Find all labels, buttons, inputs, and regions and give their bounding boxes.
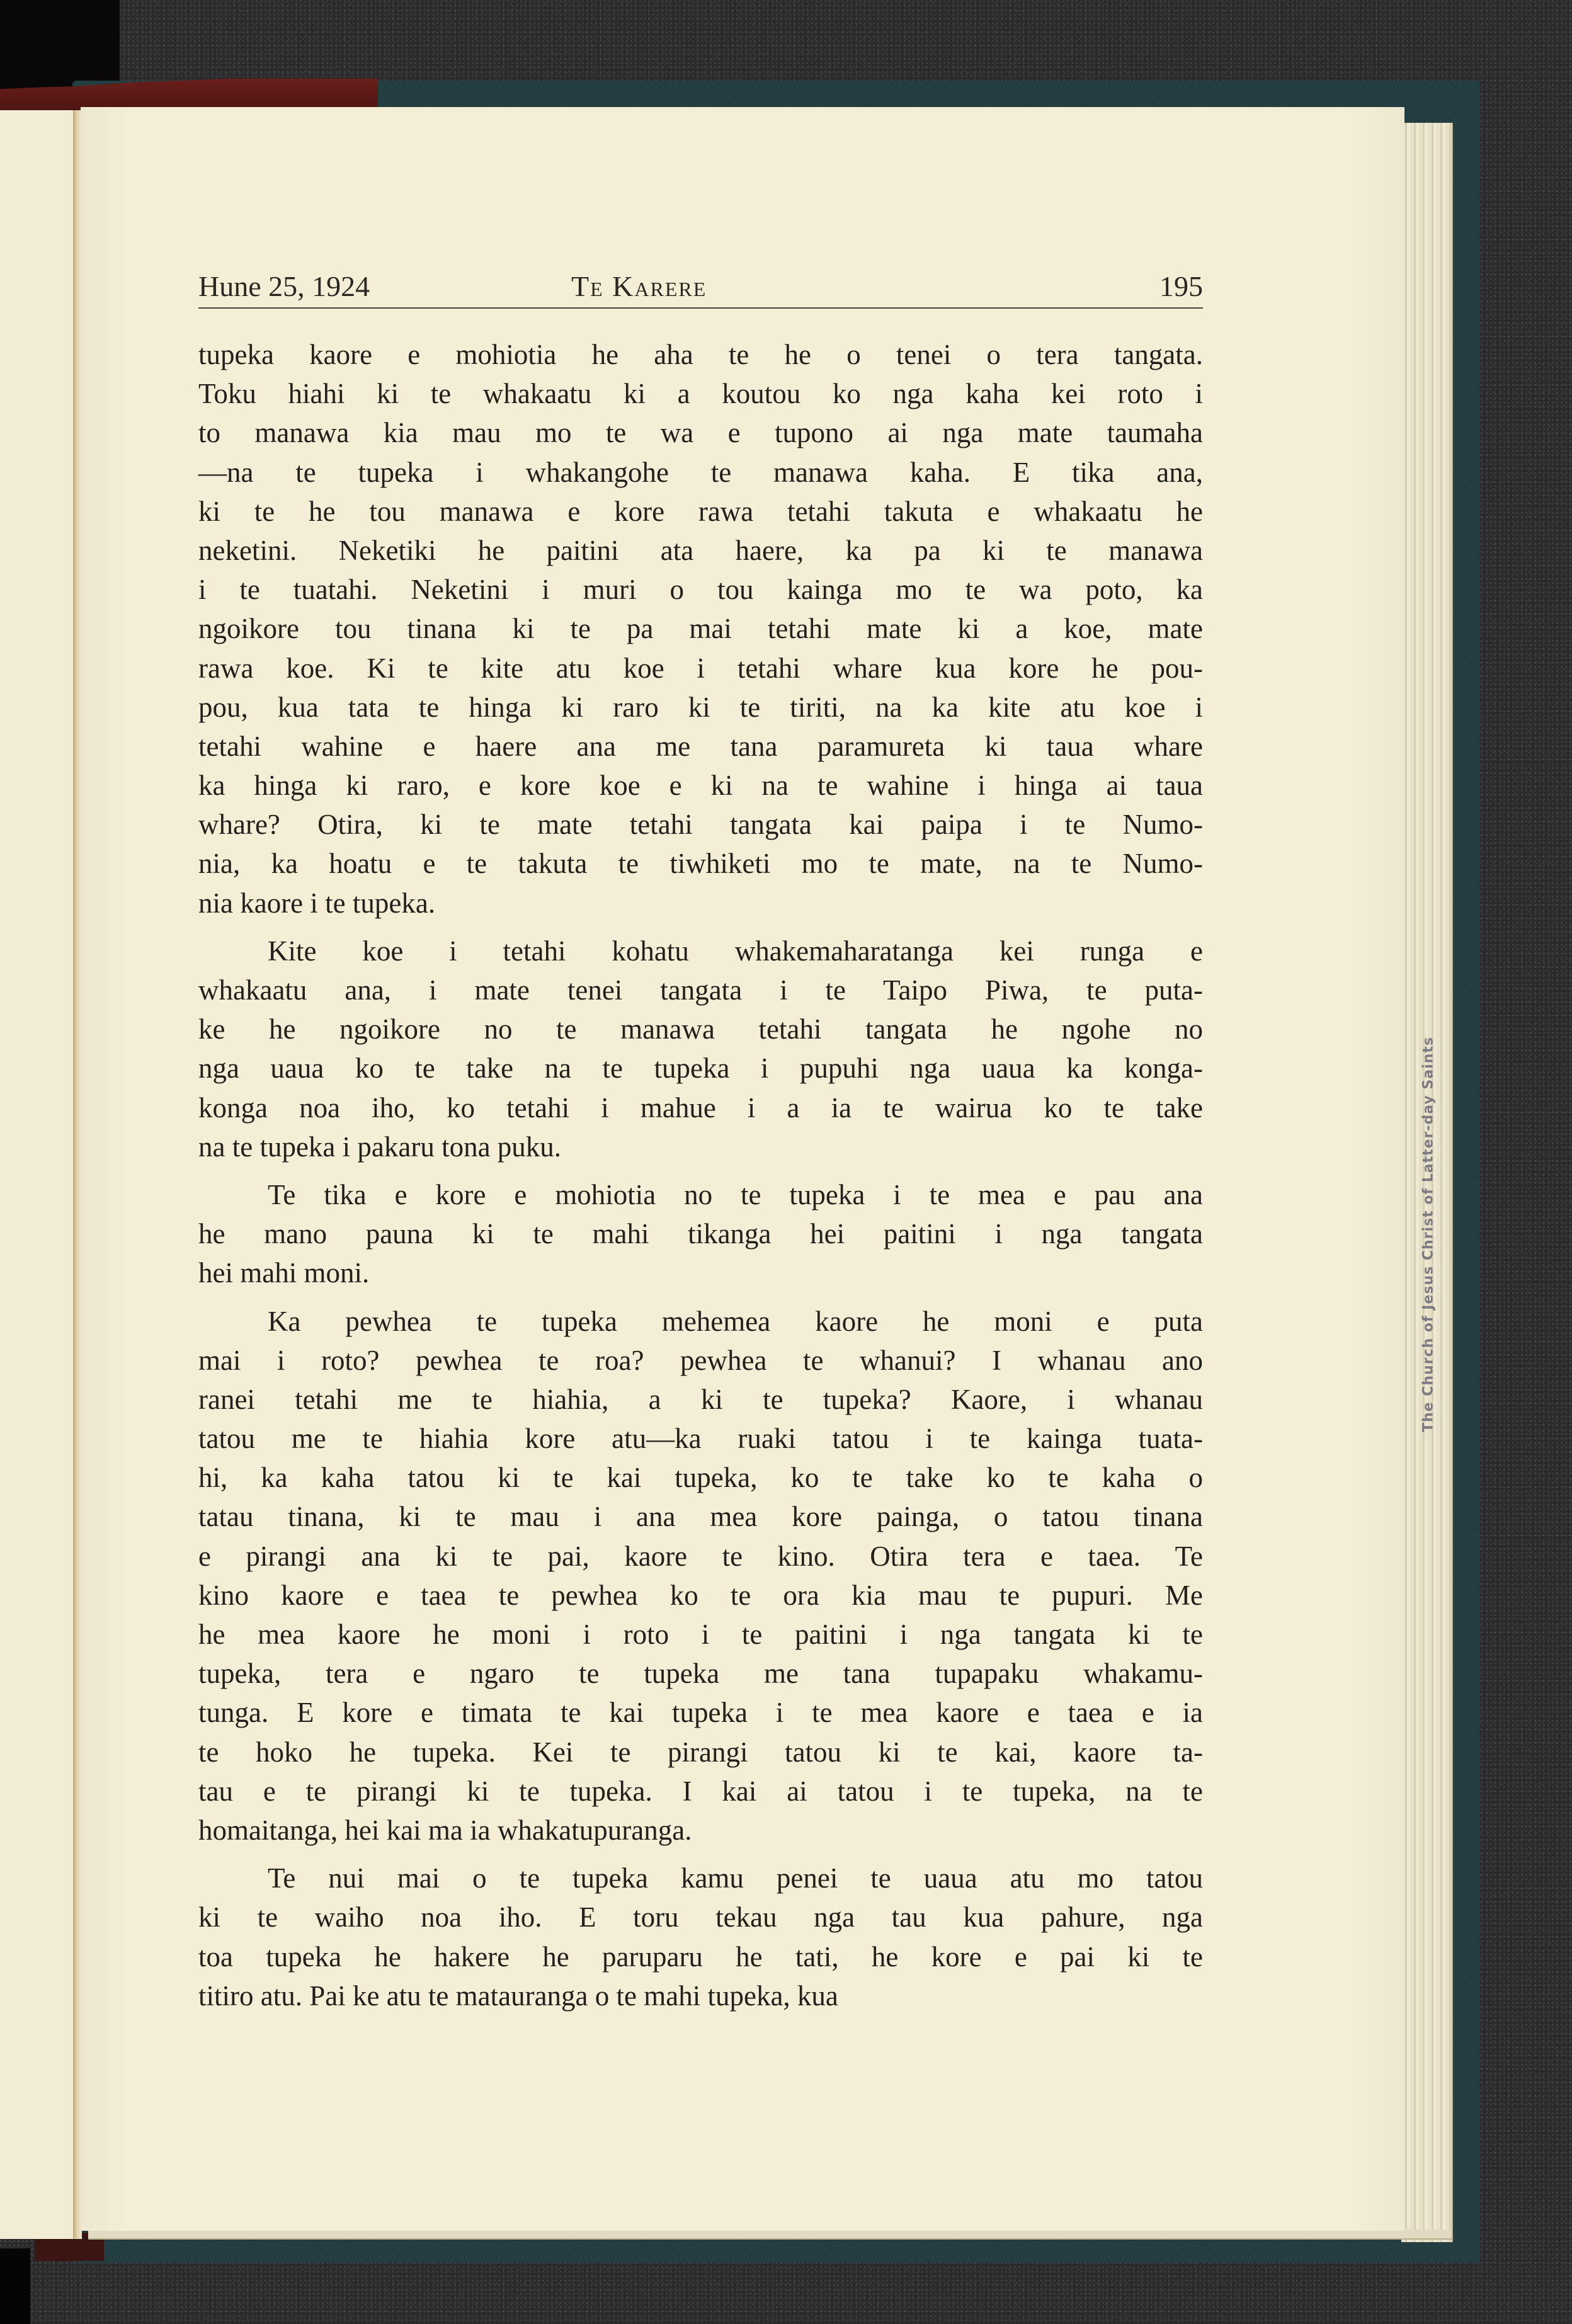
text-line: ranei tetahi me te hiahia, a ki te tupek…: [198, 1380, 1203, 1419]
text-line: to manawa kia mau mo te wa e tupono ai n…: [198, 413, 1203, 452]
text-line: toa tupeka he hakere he paruparu he tati…: [198, 1937, 1203, 1976]
text-line: na te tupeka i pakaru tona puku.: [198, 1127, 1203, 1166]
left-page: [0, 110, 76, 2239]
text-line: nia kaore i te tupeka.: [198, 884, 1203, 923]
text-line: titiro atu. Pai ke atu te matauranga o t…: [198, 1976, 1203, 2015]
text-line: Kite koe i tetahi kohatu whakemaharatang…: [198, 931, 1203, 971]
text-line: whakaatu ana, i mate tenei tangata i te …: [198, 971, 1203, 1010]
paragraph: Te tika e kore e mohiotia no te tupeka i…: [198, 1175, 1203, 1293]
page-bottom-edge: [88, 2230, 1452, 2240]
text-line: Te nui mai o te tupeka kamu penei te uau…: [198, 1859, 1203, 1898]
publication-title: Te Karere: [571, 270, 707, 303]
text-line: whare? Otira, ki te mate tetahi tangata …: [198, 805, 1203, 844]
text-line: ki te he tou manawa e kore rawa tetahi t…: [198, 492, 1203, 531]
text-line: pou, kua tata te hinga ki raro ki te tir…: [198, 688, 1203, 727]
text-line: tupeka, tera e ngaro te tupeka me tana t…: [198, 1654, 1203, 1693]
text-line: mai i roto? pewhea te roa? pewhea te wha…: [198, 1341, 1203, 1380]
background-black-corner-bottom: [0, 2248, 30, 2324]
text-line: hi, ka kaha tatou ki te kai tupeka, ko t…: [198, 1458, 1203, 1497]
text-line: homaitanga, hei kai ma ia whakatupuranga…: [198, 1811, 1203, 1850]
paragraph: Te nui mai o te tupeka kamu penei te uau…: [198, 1859, 1203, 2015]
text-line: Ka pewhea te tupeka mehemea kaore he mon…: [198, 1302, 1203, 1341]
text-line: Toku hiahi ki te whakaatu ki a koutou ko…: [198, 374, 1203, 413]
issue-date: Hune 25, 1924: [198, 270, 370, 303]
text-line: tetahi wahine e haere ana me tana paramu…: [198, 727, 1203, 766]
text-line: hei mahi moni.: [198, 1253, 1203, 1292]
text-line: tatou me te hiahia kore atu—ka ruaki tat…: [198, 1419, 1203, 1458]
text-line: ki te waiho noa iho. E toru tekau nga ta…: [198, 1898, 1203, 1937]
text-line: i te tuatahi. Neketini i muri o tou kain…: [198, 570, 1203, 609]
text-line: tunga. E kore e timata te kai tupeka i t…: [198, 1693, 1203, 1732]
text-line: rawa koe. Ki te kite atu koe i tetahi wh…: [198, 649, 1203, 688]
text-line: konga noa iho, ko tetahi i mahue i a ia …: [198, 1088, 1203, 1127]
page-number: 195: [1159, 270, 1203, 303]
text-line: tau e te pirangi ki te tupeka. I kai ai …: [198, 1772, 1203, 1811]
text-line: te hoko he tupeka. Kei te pirangi tatou …: [198, 1733, 1203, 1772]
text-line: ke he ngoikore no te manawa tetahi tanga…: [198, 1010, 1203, 1049]
text-line: ka hinga ki raro, e kore koe e ki na te …: [198, 766, 1203, 805]
book-page: Hune 25, 1924 Te Karere 195 tupeka kaore…: [81, 107, 1404, 2231]
text-line: ngoikore tou tinana ki te pa mai tetahi …: [198, 609, 1203, 648]
text-line: he mano pauna ki te mahi tikanga hei pai…: [198, 1214, 1203, 1253]
paragraph: Ka pewhea te tupeka mehemea kaore he mon…: [198, 1302, 1203, 1850]
library-stamp: The Church of Jesus Christ of Latter-day…: [1416, 983, 1441, 1486]
paragraph: Kite koe i tetahi kohatu whakemaharatang…: [198, 931, 1203, 1166]
article-body: tupeka kaore e mohiotia he aha te he o t…: [198, 335, 1203, 2015]
text-line: tupeka kaore e mohiotia he aha te he o t…: [198, 335, 1203, 374]
text-line: he mea kaore he moni i roto i te paitini…: [198, 1615, 1203, 1654]
header-rule: [198, 307, 1203, 309]
running-head: Hune 25, 1924 Te Karere 195: [198, 270, 1203, 307]
text-line: tatau tinana, ki te mau i ana mea kore p…: [198, 1497, 1203, 1536]
text-line: kino kaore e taea te pewhea ko te ora ki…: [198, 1576, 1203, 1615]
text-line: neketini. Neketiki he paitini ata haere,…: [198, 531, 1203, 570]
paragraph: tupeka kaore e mohiotia he aha te he o t…: [198, 335, 1203, 923]
text-line: —na te tupeka i whakangohe te manawa kah…: [198, 453, 1203, 492]
text-line: nia, ka hoatu e te takuta te tiwhiketi m…: [198, 844, 1203, 883]
text-line: Te tika e kore e mohiotia no te tupeka i…: [198, 1175, 1203, 1214]
text-line: e pirangi ana ki te pai, kaore te kino. …: [198, 1537, 1203, 1576]
text-line: nga uaua ko te take na te tupeka i pupuh…: [198, 1049, 1203, 1088]
